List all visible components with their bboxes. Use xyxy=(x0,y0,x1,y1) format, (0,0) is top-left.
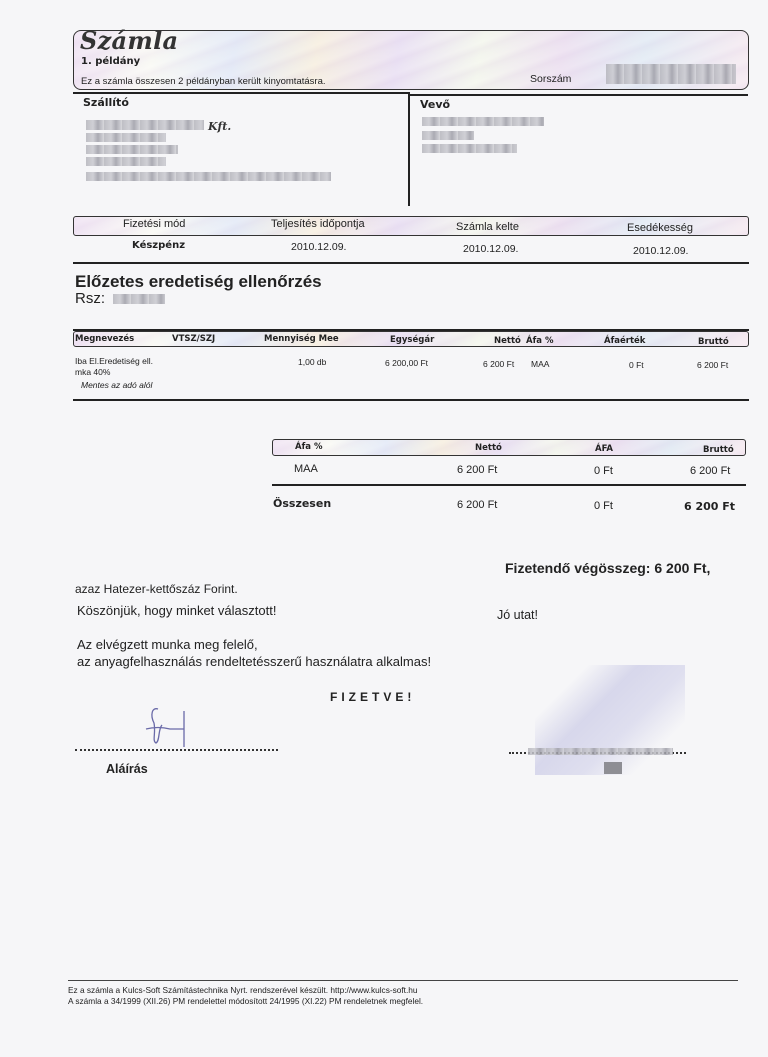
summary-col-vat: ÁFA xyxy=(595,444,613,454)
item-unit-price: 6 200,00 Ft xyxy=(385,358,428,368)
divider xyxy=(73,92,408,94)
item-qty: 1,00 db xyxy=(298,357,326,367)
col-vat-value: Áfaérték xyxy=(604,336,645,346)
item-gross: 6 200 Ft xyxy=(697,360,728,370)
summary-total-net: 6 200 Ft xyxy=(457,499,497,511)
buyer-address-redacted xyxy=(422,144,517,153)
divider xyxy=(272,484,746,486)
footer-line2: A számla a 34/1999 (XII.26) PM rendelett… xyxy=(68,996,423,1006)
col-qty: Mennyiség Mee xyxy=(264,334,339,344)
work-statement-line1: Az elvégzett munka meg felelő, xyxy=(77,637,258,652)
serial-label: Sorszám xyxy=(530,73,571,85)
supplier-label: Szállító xyxy=(83,96,129,109)
work-statement-line2: az anyagfelhasználás rendeltetésszerű ha… xyxy=(77,654,431,669)
invoice-date-header: Számla kelte xyxy=(456,221,519,233)
second-signature-redacted xyxy=(528,748,673,755)
plate-label: Rsz: xyxy=(75,290,105,307)
col-gross: Bruttó xyxy=(698,337,729,347)
col-name: Megnevezés xyxy=(75,334,134,344)
summary-total-vat: 0 Ft xyxy=(594,500,613,512)
thanks-message: Köszönjük, hogy minket választott! xyxy=(77,603,276,618)
due-date-value: 2010.12.09. xyxy=(633,245,688,257)
summary-col-net: Nettó xyxy=(475,443,502,453)
buyer-name-redacted xyxy=(422,117,544,126)
summary-vat: 0 Ft xyxy=(594,465,613,477)
signature-scribble xyxy=(136,705,196,750)
party-divider xyxy=(408,92,410,206)
bon-voyage-message: Jó utat! xyxy=(497,608,538,622)
summary-gross: 6 200 Ft xyxy=(690,465,730,477)
item-vat-pct: MAA xyxy=(531,359,549,369)
summary-total-label: Összesen xyxy=(273,497,331,510)
stamp-mark-redacted xyxy=(604,762,622,774)
summary-vat-pct: MAA xyxy=(294,463,318,475)
payment-method-header: Fizetési mód xyxy=(123,218,185,230)
summary-table-header xyxy=(272,439,746,456)
col-net: Nettó xyxy=(494,336,521,346)
invoice-title: Számla xyxy=(80,26,178,55)
supplier-name-suffix: Kft. xyxy=(208,120,231,133)
service-title: Előzetes eredetiség ellenőrzés xyxy=(75,272,322,292)
item-name-line1: Iba El.Eredetiség ell. xyxy=(75,356,153,366)
supplier-taxid-redacted xyxy=(86,172,331,181)
summary-net: 6 200 Ft xyxy=(457,464,497,476)
payable-total: Fizetendő végösszeg: 6 200 Ft, xyxy=(505,560,710,576)
supplier-address-redacted xyxy=(86,133,166,142)
printed-note: Ez a számla összesen 2 példányban került… xyxy=(81,76,326,87)
plate-value-redacted xyxy=(113,294,165,304)
item-note: Mentes az adó alól xyxy=(81,380,152,390)
divider xyxy=(73,399,749,401)
item-net: 6 200 Ft xyxy=(483,359,514,369)
summary-col-vat-pct: Áfa % xyxy=(295,442,323,452)
col-vtsz: VTSZ/SZJ xyxy=(172,334,215,344)
divider xyxy=(410,94,748,96)
buyer-label: Vevő xyxy=(420,98,450,111)
item-name-line2: mka 40% xyxy=(75,367,110,377)
invoice-date-value: 2010.12.09. xyxy=(463,243,518,255)
fulfillment-date-header: Teljesítés időpontja xyxy=(271,218,365,230)
signature-line xyxy=(75,749,278,751)
due-date-header: Esedékesség xyxy=(627,222,693,234)
summary-col-gross: Bruttó xyxy=(703,445,734,455)
col-vat-pct: Áfa % xyxy=(526,336,554,346)
company-stamp-redacted xyxy=(535,665,685,775)
copy-label: 1. példány xyxy=(81,56,140,67)
item-vat-value: 0 Ft xyxy=(629,360,644,370)
supplier-address-redacted xyxy=(86,145,178,154)
col-unit-price: Egységár xyxy=(390,335,434,345)
amount-in-words: azaz Hatezer-kettőszáz Forint. xyxy=(75,582,238,596)
summary-total-gross: 6 200 Ft xyxy=(684,500,735,513)
footer-line1: Ez a számla a Kulcs-Soft Számítástechnik… xyxy=(68,985,418,995)
fulfillment-date-value: 2010.12.09. xyxy=(291,241,346,253)
serial-value-redacted xyxy=(606,64,736,84)
paid-stamp-text: FIZETVE! xyxy=(330,690,415,704)
divider xyxy=(73,262,749,264)
supplier-address-redacted xyxy=(86,157,166,166)
payment-method-value: Készpénz xyxy=(132,240,185,251)
signature-label: Aláírás xyxy=(106,762,148,776)
footer-divider xyxy=(68,980,738,981)
buyer-address-redacted xyxy=(422,131,474,140)
supplier-name-redacted xyxy=(86,120,204,130)
